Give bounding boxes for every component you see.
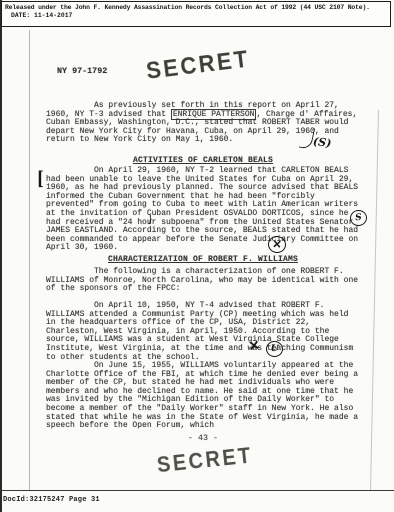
williams-intro-paragraph: The following is a characterization of o… — [46, 268, 360, 294]
scanned-document-page: ( Released under the John F. Kennedy Ass… — [0, 0, 394, 512]
classification-mark-s: (S) — [312, 135, 332, 150]
scan-bottom-rule — [0, 490, 394, 491]
release-date-text: DATE: 11-14-2017 — [11, 12, 387, 20]
release-act-text: Released under the John F. Kennedy Assas… — [5, 4, 387, 12]
handwritten-brace-mark: } — [147, 214, 154, 225]
section-heading-beals: ACTIVITIES OF CARLETON BEALS — [46, 157, 360, 166]
page-edge-line — [29, 30, 30, 490]
scribbled-x-mark: ✕ — [248, 338, 261, 354]
page-number: - 43 - — [46, 434, 360, 443]
page-edge-right-line — [370, 110, 379, 490]
williams-fbi-paragraph: On June 15, 1955, WILLIAMS voluntarily a… — [46, 362, 360, 431]
secret-stamp-top: SECRET — [145, 44, 252, 85]
scan-edge-left-line — [0, 0, 2, 512]
secret-stamp-bottom: SECRET — [156, 444, 254, 479]
file-number: NY 97-1792 — [57, 67, 107, 76]
docid-footer: DocId:32175247 Page 31 — [3, 496, 100, 504]
beals-paragraph: On April 29, 1960, NY T-2 learned that C… — [46, 167, 360, 253]
release-banner: Released under the John F. Kennedy Assas… — [1, 1, 391, 27]
handwritten-left-bracket: [ — [37, 170, 44, 191]
circled-s-margin-mark: S — [349, 209, 368, 227]
section-heading-williams: CHARACTERIZATION OF ROBERT F. WILLIAMS — [46, 256, 360, 265]
williams-cp-paragraph: On April 10, 1950, NY T-4 advised that R… — [46, 302, 360, 362]
